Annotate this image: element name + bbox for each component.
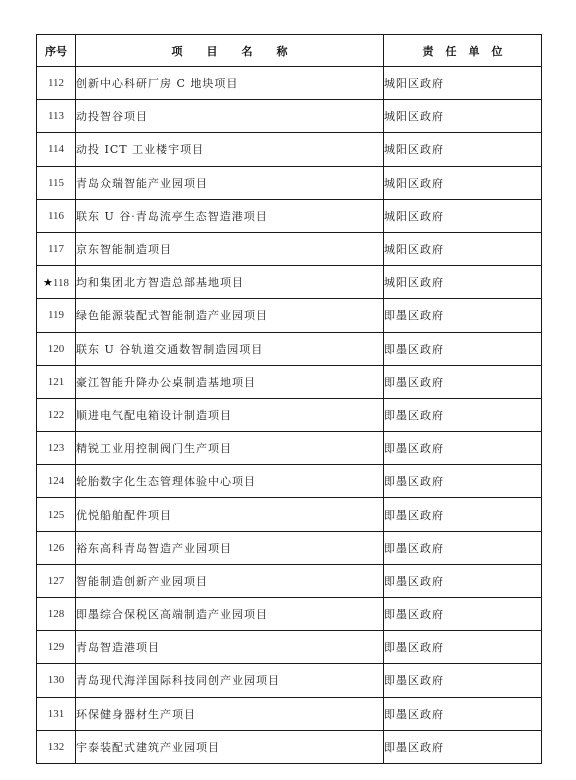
row-index: 117 <box>37 232 76 265</box>
row-index: 113 <box>37 100 76 133</box>
row-index-number: 119 <box>48 309 64 321</box>
row-responsible-unit: 即墨区政府 <box>384 332 542 365</box>
row-index-number: 121 <box>48 376 65 388</box>
row-index: 131 <box>37 697 76 730</box>
row-index-number: 115 <box>48 177 64 189</box>
row-index: 125 <box>37 498 76 531</box>
row-index-number: 116 <box>48 210 64 222</box>
row-project-name: 青岛智造港项目 <box>76 631 384 664</box>
star-icon: ★ <box>43 277 53 289</box>
row-responsible-unit: 城阳区政府 <box>384 232 542 265</box>
row-project-name: 顺进电气配电箱设计制造项目 <box>76 398 384 431</box>
row-index-number: 118 <box>53 277 69 289</box>
table-row: 124轮胎数字化生态管理体验中心项目即墨区政府 <box>37 465 542 498</box>
table-row: 122顺进电气配电箱设计制造项目即墨区政府 <box>37 398 542 431</box>
row-responsible-unit: 即墨区政府 <box>384 730 542 763</box>
row-index: 127 <box>37 564 76 597</box>
row-index-number: 120 <box>48 343 65 355</box>
table-row: 128即墨综合保税区高端制造产业园项目即墨区政府 <box>37 598 542 631</box>
row-responsible-unit: 即墨区政府 <box>384 664 542 697</box>
table-row: 132宇泰装配式建筑产业园项目即墨区政府 <box>37 730 542 763</box>
row-responsible-unit: 即墨区政府 <box>384 465 542 498</box>
row-project-name: 即墨综合保税区高端制造产业园项目 <box>76 598 384 631</box>
row-index-number: 123 <box>48 442 65 454</box>
row-index: 123 <box>37 432 76 465</box>
row-responsible-unit: 即墨区政府 <box>384 398 542 431</box>
row-project-name: 环保健身器材生产项目 <box>76 697 384 730</box>
row-index: 124 <box>37 465 76 498</box>
table-row: 114动投 ICT 工业楼宇项目城阳区政府 <box>37 133 542 166</box>
row-responsible-unit: 即墨区政府 <box>384 299 542 332</box>
row-index-number: 127 <box>48 575 65 587</box>
row-responsible-unit: 即墨区政府 <box>384 564 542 597</box>
table-header-row: 序号 项目名称 责任单位 <box>37 35 542 67</box>
row-index-number: 132 <box>48 741 65 753</box>
row-index-number: 131 <box>48 708 65 720</box>
row-index: 115 <box>37 166 76 199</box>
row-index: 116 <box>37 199 76 232</box>
row-index: 126 <box>37 531 76 564</box>
row-project-name: 均和集团北方智造总部基地项目 <box>76 266 384 299</box>
table-row: 129青岛智造港项目即墨区政府 <box>37 631 542 664</box>
row-index: 112 <box>37 67 76 100</box>
row-project-name: 轮胎数字化生态管理体验中心项目 <box>76 465 384 498</box>
row-index: 128 <box>37 598 76 631</box>
row-project-name: 优悦船舶配件项目 <box>76 498 384 531</box>
row-responsible-unit: 城阳区政府 <box>384 67 542 100</box>
row-project-name: 绿色能源装配式智能制造产业园项目 <box>76 299 384 332</box>
row-index: 132 <box>37 730 76 763</box>
table-row: 120联东 U 谷轨道交通数智制造园项目即墨区政府 <box>37 332 542 365</box>
row-index-number: 122 <box>48 409 65 421</box>
row-project-name: 联东 U 谷·青岛流亭生态智造港项目 <box>76 199 384 232</box>
row-index-number: 125 <box>48 509 65 521</box>
table-row: 117京东智能制造项目城阳区政府 <box>37 232 542 265</box>
row-index: 114 <box>37 133 76 166</box>
row-index: 129 <box>37 631 76 664</box>
row-responsible-unit: 城阳区政府 <box>384 100 542 133</box>
table-row: ★118均和集团北方智造总部基地项目城阳区政府 <box>37 266 542 299</box>
table-row: 121豪江智能升降办公桌制造基地项目即墨区政府 <box>37 365 542 398</box>
row-responsible-unit: 即墨区政府 <box>384 697 542 730</box>
row-index: 122 <box>37 398 76 431</box>
row-responsible-unit: 即墨区政府 <box>384 531 542 564</box>
table-row: 130青岛现代海洋国际科技同创产业园项目即墨区政府 <box>37 664 542 697</box>
table-row: 112创新中心科研厂房 C 地块项目城阳区政府 <box>37 67 542 100</box>
row-project-name: 宇泰装配式建筑产业园项目 <box>76 730 384 763</box>
table-row: 125优悦船舶配件项目即墨区政府 <box>37 498 542 531</box>
row-project-name: 裕东高科青岛智造产业园项目 <box>76 531 384 564</box>
row-index-number: 124 <box>48 475 65 487</box>
row-responsible-unit: 城阳区政府 <box>384 266 542 299</box>
table-row: 127智能制造创新产业园项目即墨区政府 <box>37 564 542 597</box>
row-index-number: 130 <box>48 674 65 686</box>
row-index-number: 129 <box>48 641 65 653</box>
row-project-name: 精锐工业用控制阀门生产项目 <box>76 432 384 465</box>
row-index: 120 <box>37 332 76 365</box>
row-index-number: 113 <box>48 110 64 122</box>
row-index: 130 <box>37 664 76 697</box>
row-index-number: 117 <box>48 243 64 255</box>
row-project-name: 联东 U 谷轨道交通数智制造园项目 <box>76 332 384 365</box>
row-project-name: 青岛众瑞智能产业园项目 <box>76 166 384 199</box>
table-row: 113动投智谷项目城阳区政府 <box>37 100 542 133</box>
header-responsible-unit: 责任单位 <box>384 35 542 67</box>
row-project-name: 豪江智能升降办公桌制造基地项目 <box>76 365 384 398</box>
table-row: 123精锐工业用控制阀门生产项目即墨区政府 <box>37 432 542 465</box>
header-project-name: 项目名称 <box>76 35 384 67</box>
table-row: 115青岛众瑞智能产业园项目城阳区政府 <box>37 166 542 199</box>
row-responsible-unit: 城阳区政府 <box>384 166 542 199</box>
row-responsible-unit: 即墨区政府 <box>384 365 542 398</box>
table-row: 126裕东高科青岛智造产业园项目即墨区政府 <box>37 531 542 564</box>
header-index: 序号 <box>37 35 76 67</box>
row-responsible-unit: 即墨区政府 <box>384 432 542 465</box>
table-row: 131环保健身器材生产项目即墨区政府 <box>37 697 542 730</box>
row-project-name: 创新中心科研厂房 C 地块项目 <box>76 67 384 100</box>
row-responsible-unit: 即墨区政府 <box>384 498 542 531</box>
row-index: ★118 <box>37 266 76 299</box>
row-index-number: 112 <box>48 77 64 89</box>
project-table: 序号 项目名称 责任单位 112创新中心科研厂房 C 地块项目城阳区政府113动… <box>36 34 542 764</box>
row-index-number: 126 <box>48 542 65 554</box>
table-row: 119绿色能源装配式智能制造产业园项目即墨区政府 <box>37 299 542 332</box>
row-project-name: 动投智谷项目 <box>76 100 384 133</box>
row-project-name: 动投 ICT 工业楼宇项目 <box>76 133 384 166</box>
row-index-number: 128 <box>48 608 65 620</box>
row-project-name: 智能制造创新产业园项目 <box>76 564 384 597</box>
row-responsible-unit: 即墨区政府 <box>384 631 542 664</box>
row-index: 119 <box>37 299 76 332</box>
row-index-number: 114 <box>48 143 64 155</box>
row-responsible-unit: 城阳区政府 <box>384 199 542 232</box>
row-index: 121 <box>37 365 76 398</box>
row-project-name: 青岛现代海洋国际科技同创产业园项目 <box>76 664 384 697</box>
row-responsible-unit: 城阳区政府 <box>384 133 542 166</box>
row-responsible-unit: 即墨区政府 <box>384 598 542 631</box>
table-row: 116联东 U 谷·青岛流亭生态智造港项目城阳区政府 <box>37 199 542 232</box>
table-body: 112创新中心科研厂房 C 地块项目城阳区政府113动投智谷项目城阳区政府114… <box>37 67 542 764</box>
row-project-name: 京东智能制造项目 <box>76 232 384 265</box>
